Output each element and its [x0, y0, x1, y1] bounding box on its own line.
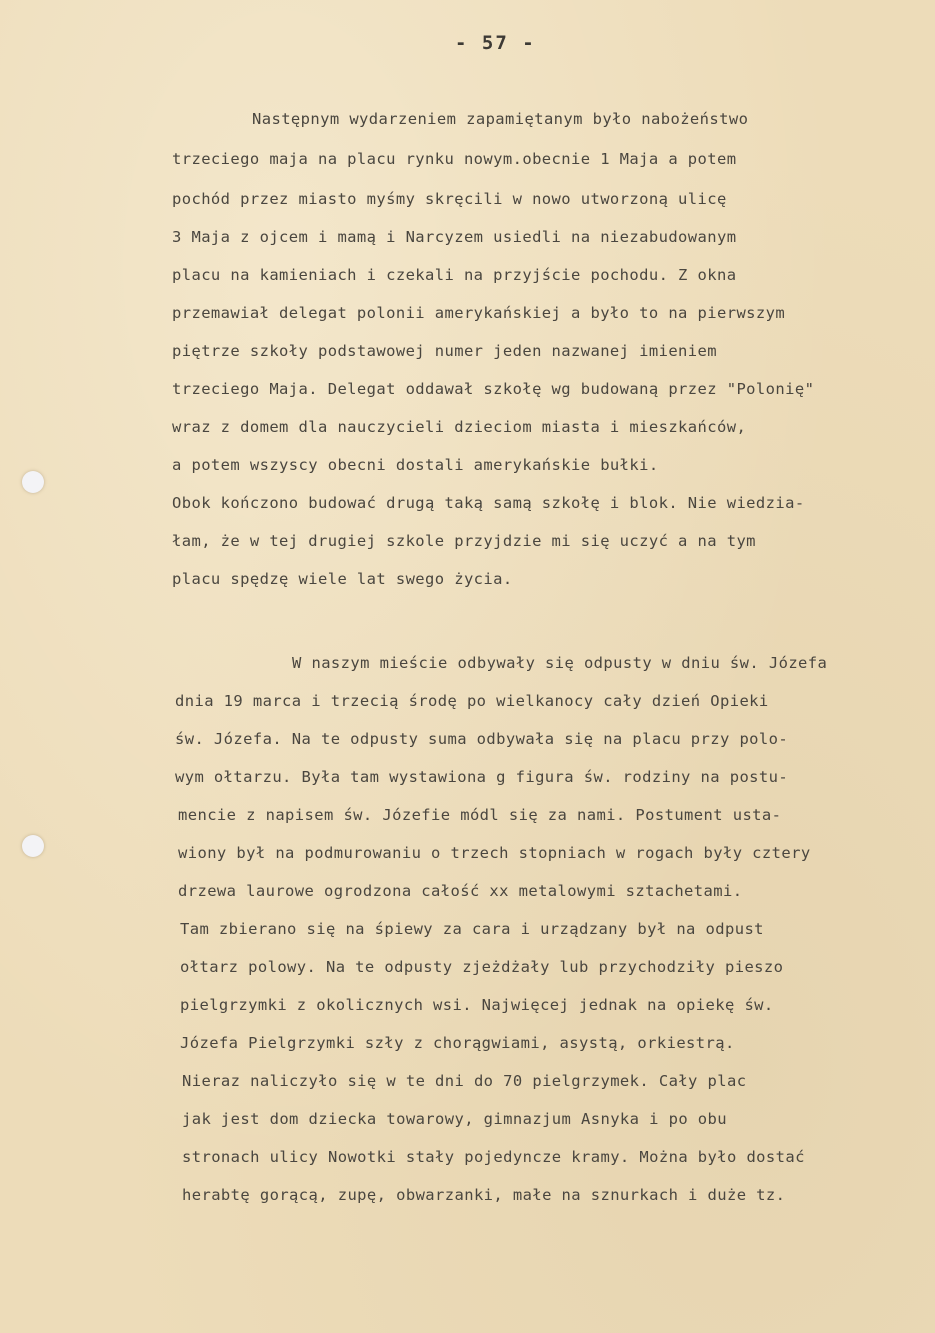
text-line: Następnym wydarzeniem zapamiętanym było …: [252, 110, 748, 128]
text-line: trzeciego maja na placu rynku nowym.obec…: [172, 150, 736, 168]
text-line: św. Józefa. Na te odpusty suma odbywała …: [175, 730, 788, 748]
text-line: Obok kończono budować drugą taką samą sz…: [172, 494, 805, 512]
text-line: ołtarz polowy. Na te odpusty zjeżdżały l…: [180, 958, 783, 976]
text-line: herabtę gorącą, zupę, obwarzanki, małe n…: [182, 1186, 785, 1204]
text-line: trzeciego Maja. Delegat oddawał szkołę w…: [172, 380, 814, 398]
text-line: Tam zbierano się na śpiewy za cara i urz…: [180, 920, 764, 938]
text-line: pochód przez miasto myśmy skręcili w now…: [172, 190, 727, 208]
text-line: jak jest dom dziecka towarowy, gimnazjum…: [182, 1110, 727, 1128]
text-line: piętrze szkoły podstawowej numer jeden n…: [172, 342, 717, 360]
text-line: placu spędzę wiele lat swego życia.: [172, 570, 513, 588]
text-line: a potem wszyscy obecni dostali amerykańs…: [172, 456, 659, 474]
text-line: mencie z napisem św. Józefie módl się za…: [178, 806, 781, 824]
text-line: przemawiał delegat polonii amerykańskiej…: [172, 304, 785, 322]
text-line: drzewa laurowe ogrodzona całość xx metal…: [178, 882, 742, 900]
text-line: wiony był na podmurowaniu o trzech stopn…: [178, 844, 811, 862]
punch-hole-top: [22, 471, 44, 493]
text-line: wym ołtarzu. Była tam wystawiona g figur…: [175, 768, 788, 786]
text-line: wraz z domem dla nauczycieli dzieciom mi…: [172, 418, 746, 436]
text-line: łam, że w tej drugiej szkole przyjdzie m…: [172, 532, 756, 550]
document-page: - 57 - Następnym wydarzeniem zapamiętany…: [0, 0, 935, 1333]
text-line: pielgrzymki z okolicznych wsi. Najwięcej…: [180, 996, 774, 1014]
page-number: - 57 -: [455, 32, 536, 54]
text-line: Nieraz naliczyło się w te dni do 70 piel…: [182, 1072, 746, 1090]
text-line: stronach ulicy Nowotki stały pojedyncze …: [182, 1148, 805, 1166]
text-line: placu na kamieniach i czekali na przyjśc…: [172, 266, 736, 284]
text-line: Józefa Pielgrzymki szły z chorągwiami, a…: [180, 1034, 735, 1052]
text-line: dnia 19 marca i trzecią środę po wielkan…: [175, 692, 769, 710]
punch-hole-bottom: [22, 835, 44, 857]
text-line: 3 Maja z ojcem i mamą i Narcyzem usiedli…: [172, 228, 736, 246]
text-line: W naszym mieście odbywały się odpusty w …: [292, 654, 827, 672]
